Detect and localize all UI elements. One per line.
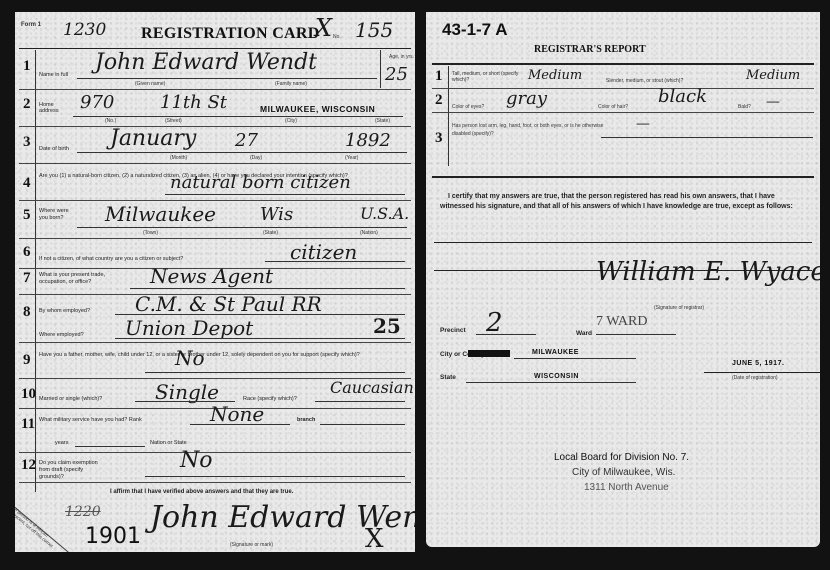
disability-value: — [636,116,650,132]
bald-value: — [766,94,780,110]
address-street: 11th St [160,92,227,113]
signature-label: (Signature or mark) [230,542,273,548]
x-mark: X [315,14,332,42]
nation-sublabel: (Nation) [360,230,378,236]
build-label: Slender, medium, or stout (which)? [606,78,683,84]
employment-extra-number: 25 [373,314,401,338]
dob-label: Date of birth [39,146,69,152]
birthplace-state: Wis [260,204,293,225]
build-value: Medium [746,68,800,83]
birthplace-nation: U.S.A. [360,204,409,223]
height-value: Medium [528,68,582,83]
family-name-sublabel: (Family name) [275,81,307,87]
address-number: 970 [80,92,114,113]
year-sublabel: (Year) [345,155,358,161]
redaction-bar [468,350,510,357]
row-number-6: 6 [23,244,31,261]
years-label: years [55,440,68,446]
certification-text: I certify that my answers are true, that… [440,192,810,212]
exemption-value: No [180,448,213,473]
city-sublabel: (City) [285,118,297,124]
registration-card: Form 1 1230 REGISTRATION CARD X No. 155 … [15,12,415,552]
city-value: MILWAUKEE [532,349,579,356]
name-label: Name in full [39,72,68,78]
stamp-top-number: 1220 [65,504,101,520]
address-city-state: MILWAUKEE, WISCONSIN [260,104,375,114]
ward-label: Ward [576,330,592,337]
military-service-label: What military service have you had? Rank [39,417,142,423]
report-serial: 43-1-7 A [442,20,508,40]
occupation-value: News Agent [150,264,273,288]
no-sublabel: (No.) [105,118,116,124]
state-sublabel: (State) [375,118,390,124]
row-number-3: 3 [23,134,31,151]
board-stamp-line-3: 1311 North Avenue [584,482,669,493]
corner-note: If person is of African descent, cut off… [15,507,63,552]
card-title: REGISTRATION CARD [141,25,320,43]
report-row-number-3: 3 [435,130,443,147]
dob-month: January [110,126,196,151]
dob-year: 1892 [345,130,391,151]
hair-color-label: Color of hair? [598,104,628,110]
day-sublabel: (Day) [250,155,262,161]
row-number-4: 4 [23,175,31,192]
eye-color-label: Color of eyes? [452,104,484,110]
row-number-1: 1 [23,58,31,75]
row-number-8: 8 [23,304,31,321]
citizenship-value: natural born citizen [170,172,351,193]
affirmation-text: I affirm that I have verified above answ… [110,489,293,495]
report-title: REGISTRAR'S REPORT [534,44,646,55]
serial-handwritten: 1230 [63,20,106,40]
registrar-signature-label: (Signature of registrar) [654,305,704,311]
dependents-value: No [175,346,205,370]
branch-label: branch [297,417,315,423]
home-address-label: Home address [39,102,69,114]
ward-value: 7 WARD [596,314,647,330]
town-sublabel: (Town) [143,230,158,236]
row-number-11: 11 [21,416,35,433]
registrar-signature: William E. Wyacek [596,257,820,287]
registration-date: JUNE 5, 1917. [732,360,784,367]
registration-date-label: (Date of registration) [732,375,778,381]
employment-place-label: Where employed? [39,332,84,338]
bald-label: Bald? [738,104,751,110]
hair-color-value: black [658,86,707,107]
disability-label: Has person lost arm, leg, hand, foot, or… [452,122,612,138]
divider [19,48,411,49]
report-row-number-2: 2 [435,92,443,109]
state-value: WISCONSIN [534,373,579,380]
foreign-citizen-label: If not a citizen, of what country are yo… [39,256,183,262]
state-sublabel: (State) [263,230,278,236]
month-sublabel: (Month) [170,155,187,161]
registrars-report-card: 43-1-7 A REGISTRAR'S REPORT 1 Tall, medi… [426,12,820,547]
precinct-label: Precinct [440,327,466,334]
birthplace-label: Where were you born? [39,208,73,222]
board-stamp-line-2: City of Milwaukee, Wis. [572,467,675,478]
employer-value: C.M. & St Paul RR [135,292,322,316]
form-label: Form 1 [21,22,41,28]
signature-x-mark: X [365,524,384,552]
employer-label: By whom employed? [39,308,90,314]
state-label: State [440,374,456,381]
employment-place-value: Union Depot [125,316,253,340]
eye-color-value: gray [506,88,547,109]
row-number-9: 9 [23,352,31,369]
marital-status-label: Married or single (which)? [39,396,102,402]
stamp-bottom-number: 1901 [85,524,141,549]
race-value: Caucasian [330,378,414,397]
report-row-number-1: 1 [435,68,443,85]
row-number-10: 10 [21,386,36,403]
exemption-label: Do you claim exemption from draft (speci… [39,460,109,481]
occupation-label: What is your present trade, occupation, … [39,272,107,286]
age-label: Age, in yrs. [389,54,414,60]
birthplace-town: Milwaukee [105,202,216,226]
row-number-2: 2 [23,96,31,113]
dob-day: 27 [235,130,258,151]
height-label: Tall, medium, or short (specify which)? [452,71,532,83]
row-number-5: 5 [23,207,31,224]
dependents-label: Have you a father, mother, wife, child u… [39,345,409,365]
military-service-value: None [210,402,264,426]
street-sublabel: (Street) [165,118,182,124]
given-name-sublabel: (Given name) [135,81,165,87]
card-number: 155 [355,18,393,42]
name-value: John Edward Wendt [95,50,317,75]
board-stamp-line-1: Local Board for Division No. 7. [554,452,689,463]
row-number-7: 7 [23,270,31,287]
row-number-12: 12 [21,457,36,474]
nation-or-state-label: Nation or State [150,440,187,446]
age-value: 25 [385,64,408,85]
number-label: No. [333,34,341,40]
